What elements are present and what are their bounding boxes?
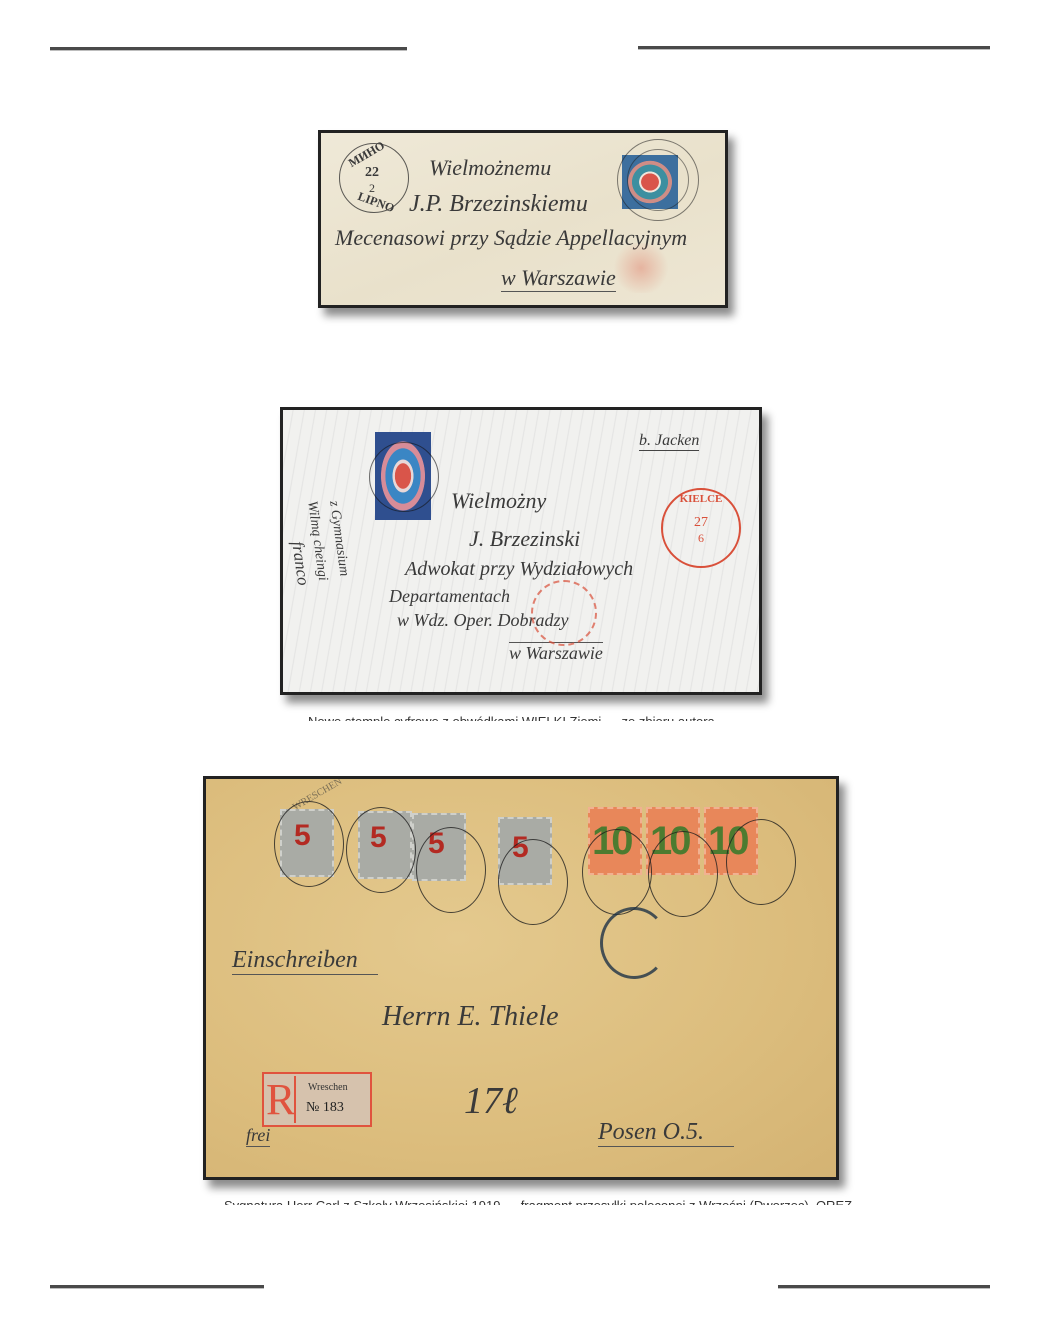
handwritten-number: 17ℓ [464, 1079, 518, 1123]
red-smudge [611, 243, 671, 293]
address-line-4: Departamentach [389, 586, 510, 607]
destination: Posen O.5. [598, 1119, 734, 1147]
bottom-left-rule [50, 1285, 264, 1289]
ring-cancel [369, 442, 439, 512]
registration-letter: R [266, 1076, 296, 1123]
postmark-day: 22 [365, 165, 379, 181]
registration-number: № 183 [306, 1100, 344, 1116]
red-transit-mark [531, 580, 597, 646]
postmark-kielce: KIELCE 27 6 [661, 488, 741, 568]
oval-cancel [416, 827, 486, 913]
cover-2-image: Wilmą cheingi z Gymnasium franco b. Jack… [280, 407, 762, 695]
address-line-1: Wielmożny [451, 488, 546, 514]
address-line-4: w Warszawie [501, 265, 616, 292]
postmark-day: 27 [663, 515, 739, 531]
cover-1-image: МИНО 22 2 LIPNO Wielmożnemu J.P. Brzezin… [318, 130, 728, 308]
oval-cancel [600, 907, 668, 979]
postmark-town: KIELCE [663, 493, 739, 505]
registration-label: R Wreschen № 183 [262, 1072, 372, 1127]
oval-cancel [274, 801, 344, 887]
registration-town: Wreschen [308, 1082, 348, 1093]
top-right-note: b. Jacken [639, 432, 699, 451]
oval-cancel [726, 819, 796, 905]
note-frei: frei [246, 1125, 270, 1147]
side-note-2: z Gymnasium [325, 500, 351, 577]
address-line-1: Wielmożnemu [429, 155, 551, 181]
oval-cancel [648, 831, 718, 917]
cover-3-image: 5 5 5 5 10 10 10 WRESCHEN Einschreiben H… [203, 776, 839, 1180]
bottom-right-rule [778, 1285, 990, 1289]
address-line-2: J. Brzezinski [469, 526, 580, 552]
oval-cancel [582, 829, 652, 915]
address-line-3: Adwokat przy Wydziałowych [405, 558, 633, 581]
top-left-rule [50, 47, 407, 51]
oval-cancel [498, 839, 568, 925]
addressee: Herrn E. Thiele [382, 1001, 559, 1033]
ring-cancel [627, 149, 689, 211]
top-right-rule [638, 46, 990, 50]
endorsement: Einschreiben [232, 947, 378, 975]
address-line-6: w Warszawie [509, 642, 603, 664]
postmark-month: 6 [663, 531, 739, 546]
caption-cover-3: Sygnatura Herr Carl z Szkoły Wrzesińskie… [224, 1200, 854, 1205]
oval-cancel [346, 807, 416, 893]
address-line-2: J.P. Brzezinskiemu [409, 191, 588, 218]
caption-cover-2: Nowe stemple cyfrowe z obwódkami WIELKI … [308, 716, 778, 721]
